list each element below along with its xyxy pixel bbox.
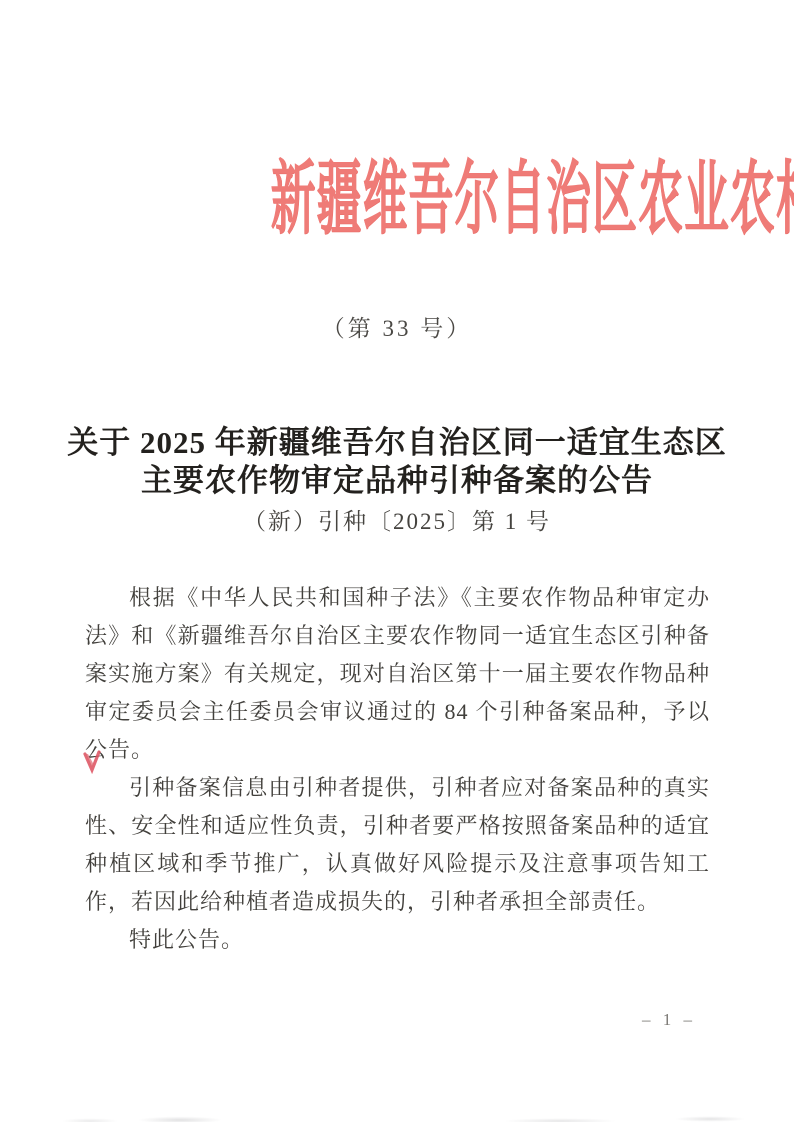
body-paragraph-2: 引种备案信息由引种者提供，引种者应对备案品种的真实性、安全性和适应性负责，引种者…	[85, 769, 710, 921]
issue-number: （第 33 号）	[0, 312, 794, 346]
agency-header-title: 新疆维吾尔自治区农业农村厅公告	[0, 150, 794, 250]
document-page: 新疆维吾尔自治区农业农村厅公告 （第 33 号） 关于 2025 年新疆维吾尔自…	[0, 0, 794, 1122]
scan-artifact-smudge	[0, 1108, 794, 1122]
document-body: 根据《中华人民共和国种子法》《主要农作物品种审定办法》和《新疆维吾尔自治区主要农…	[85, 579, 710, 959]
body-closing-line: 特此公告。	[85, 921, 710, 959]
document-reference-number: （新）引种〔2025〕第 1 号	[0, 506, 794, 538]
red-check-mark-icon	[82, 750, 102, 774]
page-number: – 1 –	[642, 1008, 696, 1032]
document-title-line2: 主要农作物审定品种引种备案的公告	[0, 462, 794, 500]
agency-header-title-text: 新疆维吾尔自治区农业农村厅公告	[271, 150, 794, 250]
body-paragraph-1: 根据《中华人民共和国种子法》《主要农作物品种审定办法》和《新疆维吾尔自治区主要农…	[85, 579, 710, 769]
document-title: 关于 2025 年新疆维吾尔自治区同一适宜生态区 主要农作物审定品种引种备案的公…	[0, 424, 794, 500]
document-title-line1: 关于 2025 年新疆维吾尔自治区同一适宜生态区	[0, 424, 794, 462]
